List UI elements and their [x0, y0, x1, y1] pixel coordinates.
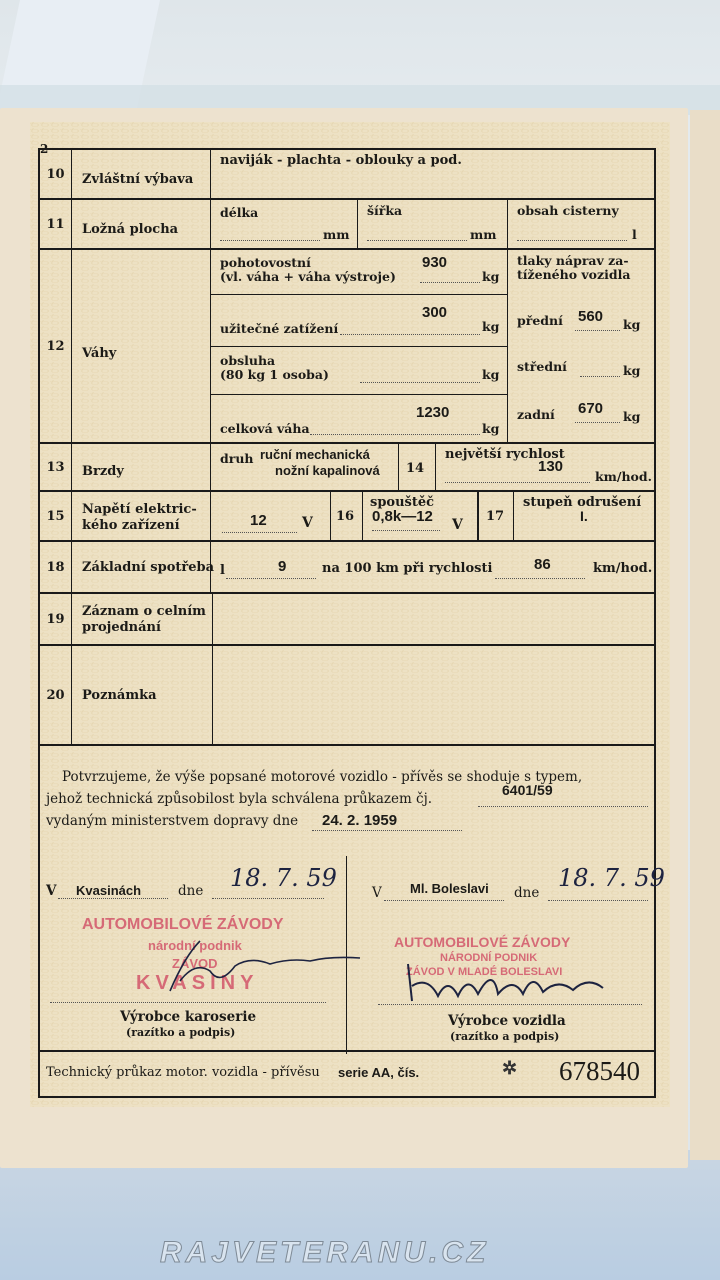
unit-label: km/hod. [593, 562, 652, 576]
watermark: RAJVETERANU.CZ [160, 1236, 489, 1270]
body-manufacturer-date: 18. 7. 59 [230, 864, 337, 892]
date-prefix: dne [514, 886, 539, 900]
row-13-14: 13 Brzdy druh ruční mechanická nožní kap… [40, 444, 654, 492]
row-number: 20 [40, 646, 72, 744]
next-page-edge [690, 110, 720, 1160]
star-icon: ✲ [502, 1062, 517, 1076]
confirmation-line-3: vydaným ministerstvem dopravy dne [46, 814, 298, 828]
row-number: 16 [336, 510, 354, 524]
length-field[interactable] [220, 240, 320, 241]
stamp-line-1: AUTOMOBILOVÉ ZÁVODY [394, 934, 570, 950]
row-label: Ložná plocha [82, 222, 178, 238]
approval-date-value: 24. 2. 1959 [322, 812, 397, 829]
signature-icon [140, 936, 370, 996]
payload-label: užitečné zatížení [220, 322, 338, 336]
vehicle-manufacturer-block: V Ml. Boleslavi dne 18. 7. 59 AUTOMOBILO… [348, 856, 654, 1054]
row-label: Zvláštní výbava [82, 172, 193, 188]
row-label: Poznámka [82, 688, 157, 704]
date-prefix: dne [178, 884, 203, 898]
dotted-line [548, 900, 648, 901]
dotted-line [378, 1004, 642, 1005]
dotted-line [575, 330, 620, 331]
brake-type-value-1: ruční mechanická [260, 448, 370, 462]
row-label: Váhy [82, 346, 116, 362]
dotted-line [420, 282, 480, 283]
document-footer: Technický průkaz motor. vozidla - přívěs… [40, 1050, 654, 1096]
row-number: 10 [40, 150, 72, 198]
rear-axle-value: 670 [578, 400, 603, 417]
row-12-weights: 12 Váhy pohotovostní (vl. váha + váha vý… [40, 250, 654, 444]
axle-pressure-sublabel: tíženého vozidla [517, 268, 630, 282]
dotted-line [310, 434, 480, 435]
dotted-line [312, 830, 462, 831]
body-manufacturer-title: Výrobce karoserie [120, 1010, 256, 1024]
vehicle-manufacturer-date: 18. 7. 59 [558, 864, 665, 892]
stamp-line-1: AUTOMOBILOVÉ ZÁVODY [82, 916, 284, 934]
curb-weight-value: 930 [422, 254, 447, 271]
unit-label: kg [482, 270, 499, 284]
rear-axle-label: zadní [517, 408, 555, 422]
vehicle-technical-form: 10 Zvláštní výbava naviják - plachta - o… [38, 148, 656, 1098]
front-axle-value: 560 [578, 308, 603, 325]
dotted-line [495, 578, 585, 579]
unit-label: kg [482, 422, 499, 436]
total-weight-value: 1230 [416, 404, 449, 421]
width-field[interactable] [367, 240, 467, 241]
unit-label: V [452, 518, 463, 532]
consumption-text: na 100 km při rychlosti [322, 562, 492, 576]
dotted-line [384, 900, 504, 901]
row-number: 17 [486, 510, 504, 524]
dotted-line [226, 578, 316, 579]
dotted-line [372, 530, 440, 531]
dotted-line [575, 422, 620, 423]
length-label: délka [220, 206, 258, 220]
unit-label: mm [323, 228, 349, 242]
dotted-line [445, 482, 590, 483]
row-number: 11 [40, 200, 72, 248]
unit-label: l [220, 564, 225, 578]
interference-suppression-value: I. [580, 508, 588, 524]
place-prefix: V [372, 886, 382, 900]
serial-number: 678540 [559, 1056, 640, 1087]
unit-label: kg [623, 364, 640, 378]
dotted-line [222, 532, 297, 533]
vehicle-manufacturer-place: Ml. Boleslavi [410, 882, 489, 896]
body-manufacturer-block: V Kvasinách dne 18. 7. 59 AUTOMOBILOVÉ Z… [40, 856, 346, 1054]
vehicle-manufacturer-title: Výrobce vozidla [448, 1014, 566, 1028]
dotted-line [340, 334, 480, 335]
unit-label: kg [482, 368, 499, 382]
tank-capacity-label: obsah cisterny [517, 204, 619, 218]
approval-number-value: 6401/59 [502, 782, 553, 798]
middle-axle-field[interactable] [580, 376, 620, 377]
dotted-line [212, 898, 324, 899]
row-number: 14 [406, 462, 424, 476]
middle-axle-label: střední [517, 360, 567, 374]
row-number: 13 [40, 444, 72, 490]
brake-type-label: druh [220, 452, 254, 466]
max-speed-value: 130 [538, 458, 563, 475]
customs-label-2: projednání [82, 620, 161, 636]
row-18-consumption: 18 Základní spotřeba l 9 na 100 km při r… [40, 542, 654, 594]
unit-label: mm [470, 228, 496, 242]
footer-series: serie AA, čís. [338, 1066, 419, 1080]
brake-type-value-2: nožní kapalinová [275, 464, 380, 478]
row-11: 11 Ložná plocha délka mm šířka mm obsah … [40, 200, 654, 250]
row-number: 19 [40, 594, 72, 644]
unit-label: kg [623, 410, 640, 424]
unit-label: kg [623, 318, 640, 332]
special-equipment-value: naviják - plachta - oblouky a pod. [220, 154, 462, 168]
unit-label: kg [482, 320, 499, 334]
crew-label: obsluha [220, 354, 275, 368]
row-number: 18 [40, 542, 72, 592]
place-prefix: V [46, 884, 56, 898]
dotted-line [58, 898, 168, 899]
payload-value: 300 [422, 304, 447, 321]
unit-label: l [632, 228, 637, 242]
voltage-label-2: kého zařízení [82, 518, 180, 534]
front-axle-label: přední [517, 314, 563, 328]
consumption-value: 9 [278, 558, 286, 575]
row-15-16-17: 15 Napětí elektric- kého zařízení 12 V 1… [40, 492, 654, 542]
voltage-label: Napětí elektric- [82, 502, 197, 518]
tank-capacity-field[interactable] [517, 240, 627, 241]
body-manufacturer-place: Kvasinách [76, 884, 141, 898]
row-20-note: 20 Poznámka [40, 646, 654, 746]
unit-label: V [302, 516, 313, 530]
crew-sublabel: (80 kg 1 osoba) [220, 368, 329, 382]
row-10: 10 Zvláštní výbava naviják - plachta - o… [40, 150, 654, 200]
customs-label: Záznam o celním [82, 604, 206, 620]
consumption-speed-value: 86 [534, 556, 551, 573]
total-weight-label: celková váha [220, 422, 310, 436]
confirmation-line-2: jehož technická způsobilost byla schvále… [46, 792, 432, 806]
confirmation-section: Potvrzujeme, že výše popsané motorové vo… [40, 746, 654, 856]
vehicle-manufacturer-subtitle: (razítko a podpis) [450, 1030, 559, 1044]
unit-label: km/hod. [595, 470, 652, 484]
width-label: šířka [367, 204, 402, 218]
row-19-customs: 19 Záznam o celním projednání [40, 594, 654, 646]
crew-field[interactable] [360, 382, 480, 383]
footer-text: Technický průkaz motor. vozidla - přívěs… [46, 1066, 320, 1080]
dotted-line [50, 1002, 326, 1003]
curb-weight-sublabel: (vl. váha + váha výstroje) [220, 270, 396, 284]
curb-weight-label: pohotovostní [220, 256, 311, 270]
dotted-line [478, 806, 648, 807]
voltage-value: 12 [250, 512, 267, 529]
row-label: Brzdy [82, 464, 124, 480]
row-label: Základní spotřeba [82, 560, 214, 576]
row-number: 15 [40, 492, 72, 540]
starter-value: 0,8k—12 [372, 508, 433, 525]
row-number: 12 [40, 250, 72, 442]
axle-pressure-label: tlaky náprav za- [517, 254, 629, 268]
signature-icon [398, 956, 628, 1006]
body-manufacturer-subtitle: (razítko a podpis) [126, 1026, 235, 1040]
